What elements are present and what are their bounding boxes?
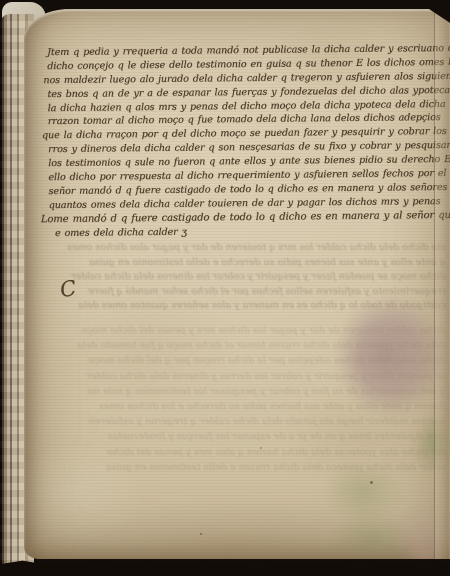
ink-speck	[200, 533, 202, 535]
bleed-line: q ante ellos y ante sus bienes pidio su …	[40, 256, 446, 271]
ink-speck	[370, 481, 373, 484]
bleed-line: del dicho alas ypotecas dela dicha hazie…	[40, 445, 446, 460]
bleed-line: alos siguientes bnos q an de yr a de esp…	[40, 429, 446, 444]
main-text-block: Jtem q pedia y rrequeria a toda mandó no…	[47, 42, 449, 241]
round-damp-stain-core	[350, 315, 420, 397]
vertical-crease	[434, 9, 450, 559]
ink-speck	[260, 447, 262, 449]
manuscript-page: alo dicho dela dicha calder los mrs q to…	[24, 9, 450, 559]
bleed-line: dicho moço se puedan fazer y pesquirir y…	[40, 270, 446, 285]
bleed-line: alo dicho dela dicha calder los mrs q to…	[40, 241, 446, 256]
manuscript-photo: alo dicho dela dicha calder los mrs q to…	[0, 0, 450, 576]
